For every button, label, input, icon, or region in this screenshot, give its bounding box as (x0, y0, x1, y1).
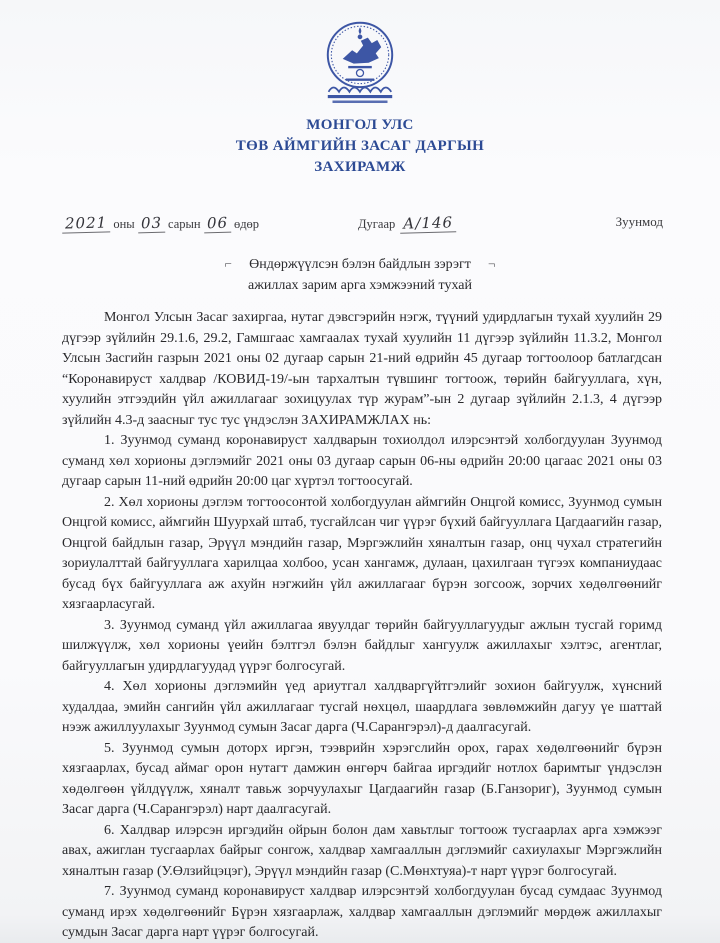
decree-preamble: Монгол Улсын Засаг захиргаа, нутаг дэвсг… (62, 308, 662, 431)
place-name: Зуунмод (616, 214, 663, 230)
decree-clause-1: 1. Зуунмод суманд коронавируст халдварын… (62, 431, 662, 493)
title-line-2: ажиллах зарим арга хэмжээний тухай (248, 278, 472, 293)
number-label: Дугаар (358, 217, 395, 231)
day-suffix: өдөр (234, 217, 259, 231)
title-text: Өндөржүүлсэн бэлэн байдлын зэрэгт ажилла… (248, 254, 472, 296)
issuing-authority: ТӨВ АЙМГИЙН ЗАСАГ ДАРГЫН (0, 136, 720, 157)
handwritten-year: 2021 (62, 213, 111, 233)
handwritten-number: А/146 (400, 213, 457, 233)
corner-bracket-left-icon: ⌐ (225, 254, 232, 273)
year-suffix: оны (113, 217, 134, 231)
scanned-decree-page: МОНГОЛ УЛС ТӨВ АЙМГИЙН ЗАСАГ ДАРГЫН ЗАХИ… (0, 0, 720, 943)
decree-clause-6: 6. Халдвар илэрсэн иргэдийн ойрын болон … (62, 821, 662, 883)
country-name: МОНГОЛ УЛС (0, 115, 720, 136)
decree-clause-4: 4. Хөл хорионы дэглэмийн үед ариутгал ха… (62, 677, 662, 739)
decree-clause-7: 7. Зуунмод суманд коронавируст халдвар и… (62, 882, 662, 943)
title-line-1: Өндөржүүлсэн бэлэн байдлын зэрэгт (249, 257, 471, 272)
decree-clause-3: 3. Зуунмод суманд үйл ажиллагаа явуулдаг… (62, 616, 662, 678)
date-line: 2021 оны 03 сарын 06 өдөр (62, 214, 259, 233)
month-suffix: сарын (168, 217, 201, 231)
mongolia-state-emblem-icon (312, 18, 408, 106)
meta-row: 2021 оны 03 сарын 06 өдөр Дугаар А/146 З… (0, 212, 720, 238)
document-header: МОНГОЛ УЛС ТӨВ АЙМГИЙН ЗАСАГ ДАРГЫН ЗАХИ… (0, 0, 720, 178)
decree-title: ⌐ Өндөржүүлсэн бэлэн байдлын зэрэгт ажил… (0, 254, 720, 296)
corner-bracket-right-icon: ¬ (488, 254, 495, 273)
handwritten-day: 06 (203, 214, 231, 234)
document-number: Дугаар А/146 (358, 214, 456, 233)
handwritten-month: 03 (138, 214, 166, 234)
document-type: ЗАХИРАМЖ (0, 157, 720, 178)
decree-clause-5: 5. Зуунмод сумын доторх иргэн, тээврийн … (62, 739, 662, 821)
decree-body: Монгол Улсын Засаг захиргаа, нутаг дэвсг… (0, 308, 720, 943)
decree-clause-2: 2. Хөл хорионы дэглэм тогтоосонтой холбо… (62, 493, 662, 616)
